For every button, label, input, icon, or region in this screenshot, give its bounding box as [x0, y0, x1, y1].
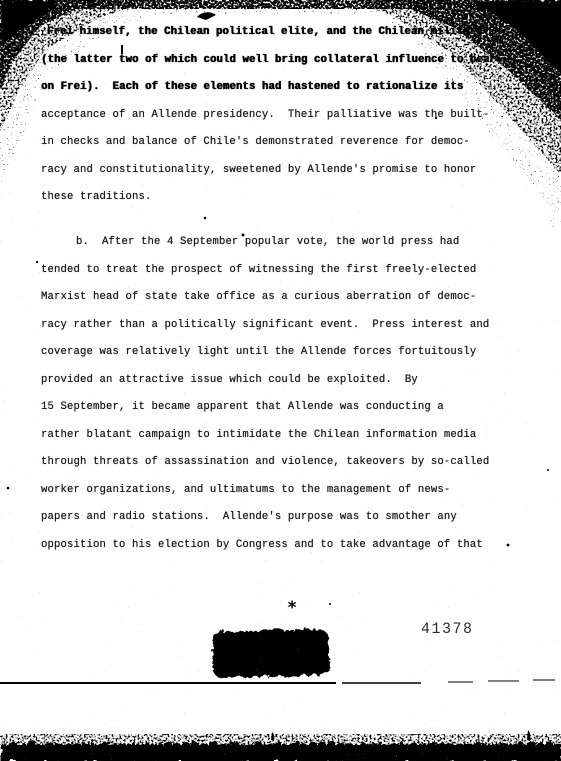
text-line: through threats of assassination and vio…: [41, 456, 489, 468]
text-line: papers and radio stations. Allende's pur…: [41, 511, 457, 523]
document-page: Frei himself, the Chilean political elit…: [0, 0, 561, 761]
text-line: racy rather than a politically significa…: [41, 319, 489, 331]
text-line: Marxist head of state take office as a c…: [41, 291, 476, 303]
text-line: opposition to his election by Congress a…: [41, 539, 483, 551]
paragraph-b: b. After the 4 September popular vote, t…: [41, 0, 561, 761]
text-line: rather blatant campaign to intimidate th…: [41, 429, 476, 441]
left-edge-noise: [0, 130, 10, 560]
text-line: b. After the 4 September popular vote, t…: [76, 236, 459, 248]
text-line: provided an attractive issue which could…: [41, 374, 418, 386]
text-line: worker organizations, and ultimatums to …: [41, 484, 450, 496]
text-line: 15 September, it became apparent that Al…: [41, 401, 444, 413]
text-line: tended to treat the prospect of witnessi…: [41, 264, 476, 276]
text-line: coverage was relatively light until the …: [41, 346, 476, 358]
stamp-number: 41378: [421, 621, 474, 639]
